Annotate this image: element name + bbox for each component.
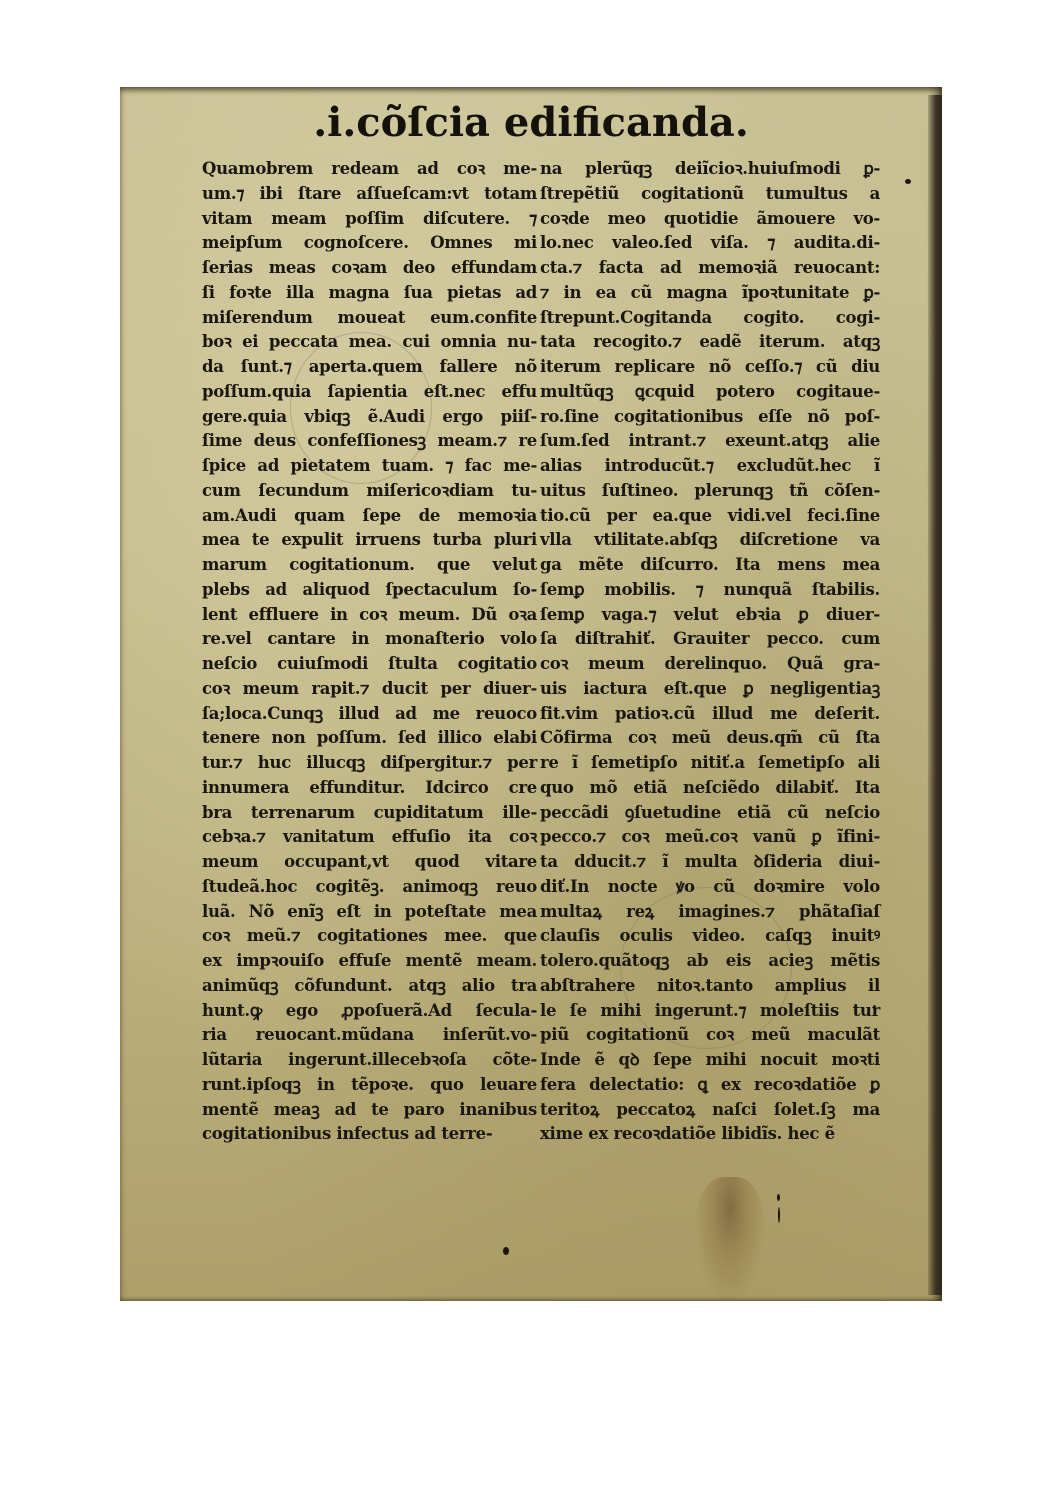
text-line: clauſis oculis video. caſqꝫ inuitꝰ: [540, 924, 880, 949]
text-line: tio.cũ per ea.que vidi.vel feci.ſine: [540, 504, 880, 529]
text-line: animũqꝫ cõfundunt. atqꝫ alio tra: [202, 974, 537, 999]
text-line: bra terrenarum cupiditatum ille-: [202, 801, 537, 826]
text-line: fit.vim patioꝛ.cũ illud me deſerit.: [540, 702, 880, 727]
ink-speck: [905, 179, 911, 184]
text-line: lo.nec valeo.ſed viſa. ⁊ audita.di-: [540, 231, 880, 256]
text-line: diť.In nocte ꝟo cũ doꝛmire volo: [540, 875, 880, 900]
text-line: ſemꝑ vaga.⁊ velut ebꝛia ꝑ diuer-: [540, 603, 880, 628]
text-line: alias introducũt.⁊ excludũt.hec ĩ: [540, 454, 880, 479]
text-line: coꝛ meum derelinquo. Quã gra-: [540, 652, 880, 677]
text-line: cogitationibus infectus ad terre-: [202, 1122, 537, 1147]
text-line: re ĩ ſemetipſo nitiť.a ſemetipſo ali: [540, 751, 880, 776]
text-line: coꝛ meũ.⁊ cogitationes mee. que: [202, 924, 537, 949]
ink-speck: [777, 1194, 780, 1201]
text-line: coꝛde meo quotidie ãmouere vo-: [540, 207, 880, 232]
text-line: am.Audi quam ſepe de memoꝛia: [202, 504, 537, 529]
text-line: runt.ipſoqꝫ in tẽpoꝛe. quo leuare: [202, 1073, 537, 1098]
text-line: miſerendum moueat eum.confite: [202, 306, 537, 331]
text-line: um.⁊ ibi ſtare aſſueſcam:vt totam: [202, 182, 537, 207]
text-line: luã. Nõ enĩꝫ eſt in poteſtate mea: [202, 900, 537, 925]
text-line: coꝛ meum rapit.⁊ ducit per diuer-: [202, 677, 537, 702]
text-line: iterum replicare nõ ceſſo.⁊ cũ diu: [540, 355, 880, 380]
text-line: tenere non poſſum. ſed illico elabi: [202, 726, 537, 751]
text-line: tolero.quãtoqꝫ ab eis acieꝫ mẽtis: [540, 949, 880, 974]
text-line: meipſum cognoſcere. Omnes mi: [202, 231, 537, 256]
text-column-left: Quamobrem redeam ad coꝛ me-um.⁊ ibi ſtar…: [202, 157, 537, 1147]
text-line: Inde ẽ qꝺ ſepe mihi nocuit moꝛti: [540, 1048, 880, 1073]
text-line: boꝛ ei peccata mea. cui omnia nu-: [202, 330, 537, 355]
text-line: mentẽ meaꝫ ad te paro inanibus: [202, 1098, 537, 1123]
text-line: uis iactura eſt.que ꝑ negligentiaꝫ: [540, 677, 880, 702]
text-line: peccãdi ꝯſuetudine etiã cũ neſcio: [540, 801, 880, 826]
text-line: ſi foꝛte illa magna ſua pietas ad: [202, 281, 537, 306]
text-line: lũtaria ingerunt.illecebꝛoſa cõte-: [202, 1048, 537, 1073]
text-line: gere.quia vbiqꝫ ẽ.Audi ergo piiſ-: [202, 405, 537, 430]
text-line: vitam meam poſſim diſcutere. ⁊: [202, 207, 537, 232]
text-line: ria reuocant.mũdana inſerũt.vo-: [202, 1023, 537, 1048]
text-line: meum occupant,vt quod vitare: [202, 850, 537, 875]
text-line: plebs ad aliquod ſpectaculum ſo-: [202, 578, 537, 603]
text-column-right: na plerũqꝫ deiĩcioꝛ.huiuſmodi ꝑ-ſtrepẽti…: [540, 157, 880, 1147]
water-stain: [695, 1177, 765, 1301]
text-line: teritoꝝ peccatoꝝ naſci ſolet.ſꝫ ma: [540, 1098, 880, 1123]
text-line: xime ex recoꝛdatiõe libidĩs. hec ẽ: [540, 1122, 880, 1147]
text-line: cta.⁊ facta ad memoꝛiã reuocant:: [540, 256, 880, 281]
text-line: cebꝛa.⁊ vanitatum effuſio ita coꝛ: [202, 825, 537, 850]
text-line: fera delectatio: ꝗ ex recoꝛdatiõe ꝑ: [540, 1073, 880, 1098]
text-line: hunt.ꝙ ego ꝓpoſuerã.Ad ſecula-: [202, 999, 537, 1024]
text-line: ſerias meas coꝛam deo effundam: [202, 256, 537, 281]
text-line: multũqꝫ ꝗcquid potero cogitaue-: [540, 380, 880, 405]
text-line: mea te expulit irruens turba pluri: [202, 528, 537, 553]
text-line: pecco.⁊ coꝛ meũ.coꝛ vanũ ꝑ ĩfini-: [540, 825, 880, 850]
text-line: vlla vtilitate.abſqꝫ diſcretione va: [540, 528, 880, 553]
ink-speck: [503, 1247, 509, 1255]
text-line: le ſe mihi ingerunt.⁊ moleſtiis tur: [540, 999, 880, 1024]
ink-speck: [778, 1207, 780, 1223]
text-line: ſemꝑ mobilis. ⁊ nunquã ſtabilis.: [540, 578, 880, 603]
text-line: ſa;loca.Cunqꝫ illud ad me reuoco: [202, 702, 537, 727]
text-line: innumera effunditur. Idcirco cre: [202, 776, 537, 801]
text-line: da ſunt.⁊ aperta.quem fallere nõ: [202, 355, 537, 380]
text-line: ſtrepẽtiũ cogitationũ tumultus a: [540, 182, 880, 207]
text-line: re.vel cantare in monaſterio volo: [202, 627, 537, 652]
text-line: ex impꝛouiſo effuſe mentẽ meam.: [202, 949, 537, 974]
text-line: ſime deus confeſſionesꝫ meam.⁊ re: [202, 429, 537, 454]
text-line: Cõfirma coꝛ meũ deus.qm̃ cũ ſta: [540, 726, 880, 751]
text-line: Quamobrem redeam ad coꝛ me-: [202, 157, 537, 182]
text-line: ſa diſtrahiť. Grauiter pecco. cum: [540, 627, 880, 652]
text-line: uitus ſuſtineo. plerunqꝫ tñ cõſen-: [540, 479, 880, 504]
text-line: tur.⁊ huc illucqꝫ diſpergitur.⁊ per: [202, 751, 537, 776]
text-line: abſtrahere nitoꝛ.tanto amplius il: [540, 974, 880, 999]
text-line: marum cogitationum. que velut: [202, 553, 537, 578]
manuscript-page: .i.cõſcia edificanda. Quamobrem redeam a…: [120, 87, 942, 1301]
text-line: ⁊ in ea cũ magna ĩpoꝛtunitate ꝑ-: [540, 281, 880, 306]
binding-edge-shadow: [928, 95, 942, 1295]
text-line: piũ cogitationũ coꝛ meũ maculãt: [540, 1023, 880, 1048]
text-line: multaꝝ reꝝ imagines.⁊ phãtaſiaſ: [540, 900, 880, 925]
text-line: poſſum.quia ſapientia eſt.nec effu: [202, 380, 537, 405]
text-line: ſpice ad pietatem tuam. ⁊ fac me-: [202, 454, 537, 479]
text-line: ro.ſine cogitationibus eſſe nõ poſ-: [540, 405, 880, 430]
text-line: neſcio cuiuſmodi ſtulta cogitatio: [202, 652, 537, 677]
text-line: na plerũqꝫ deiĩcioꝛ.huiuſmodi ꝑ-: [540, 157, 880, 182]
text-line: tata recogito.⁊ eadẽ iterum. atqꝫ: [540, 330, 880, 355]
text-line: cum ſecundum miſericoꝛdiam tu-: [202, 479, 537, 504]
text-line: quo mõ etiã neſciẽdo dilabiť. Ita: [540, 776, 880, 801]
text-line: ſum.ſed intrant.⁊ exeunt.atqꝫ alie: [540, 429, 880, 454]
text-line: ſtrepunt.Cogitanda cogito. cogi-: [540, 306, 880, 331]
page-heading: .i.cõſcia edificanda.: [120, 99, 942, 146]
text-line: ta dducit.⁊ ĩ multa ꝺſideria diui-: [540, 850, 880, 875]
text-line: ga mẽte diſcurro. Ita mens mea: [540, 553, 880, 578]
text-line: lent effluere in coꝛ meum. Dũ oꝛa: [202, 603, 537, 628]
text-line: ſtudeã.hoc cogitẽꝫ. animoqꝫ reuo: [202, 875, 537, 900]
